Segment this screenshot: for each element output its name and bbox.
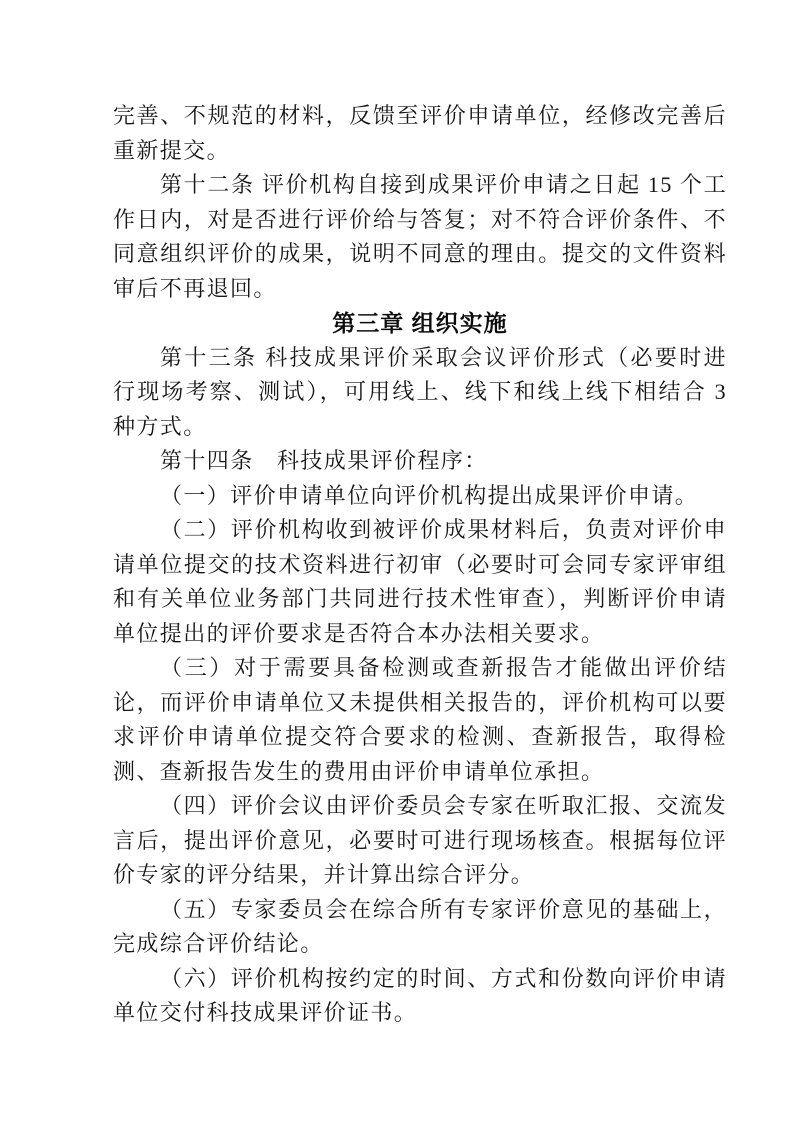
paragraph: 第十三条 科技成果评价采取会议评价形式（必要时进行现场考察、测试），可用线上、线… [113,341,727,445]
paragraph: （二）评价机构收到被评价成果材料后，负责对评价申请单位提交的技术资料进行初审（必… [113,513,727,651]
paragraph: 第十二条 评价机构自接到成果评价申请之日起 15 个工作日内，对是否进行评价给与… [113,168,727,306]
paragraph: （五）专家委员会在综合所有专家评价意见的基础上，完成综合评价结论。 [113,893,727,962]
paragraph: （四）评价会议由评价委员会专家在听取汇报、交流发言后，提出评价意见，必要时可进行… [113,789,727,893]
chapter-heading: 第三章 组织实施 [113,306,727,341]
paragraph: （一）评价申请单位向评价机构提出成果评价申请。 [113,479,727,514]
paragraph: （三）对于需要具备检测或查新报告才能做出评价结论，而评价申请单位又未提供相关报告… [113,651,727,789]
paragraph: （六）评价机构按约定的时间、方式和份数向评价申请单位交付科技成果评价证书。 [113,962,727,1031]
paragraph: 第十四条 科技成果评价程序： [113,444,727,479]
document-body: 完善、不规范的材料，反馈至评价申请单位，经修改完善后重新提交。第十二条 评价机构… [113,99,727,1031]
document-page: 完善、不规范的材料，反馈至评价申请单位，经修改完善后重新提交。第十二条 评价机构… [0,0,794,1123]
paragraph: 完善、不规范的材料，反馈至评价申请单位，经修改完善后重新提交。 [113,99,727,168]
